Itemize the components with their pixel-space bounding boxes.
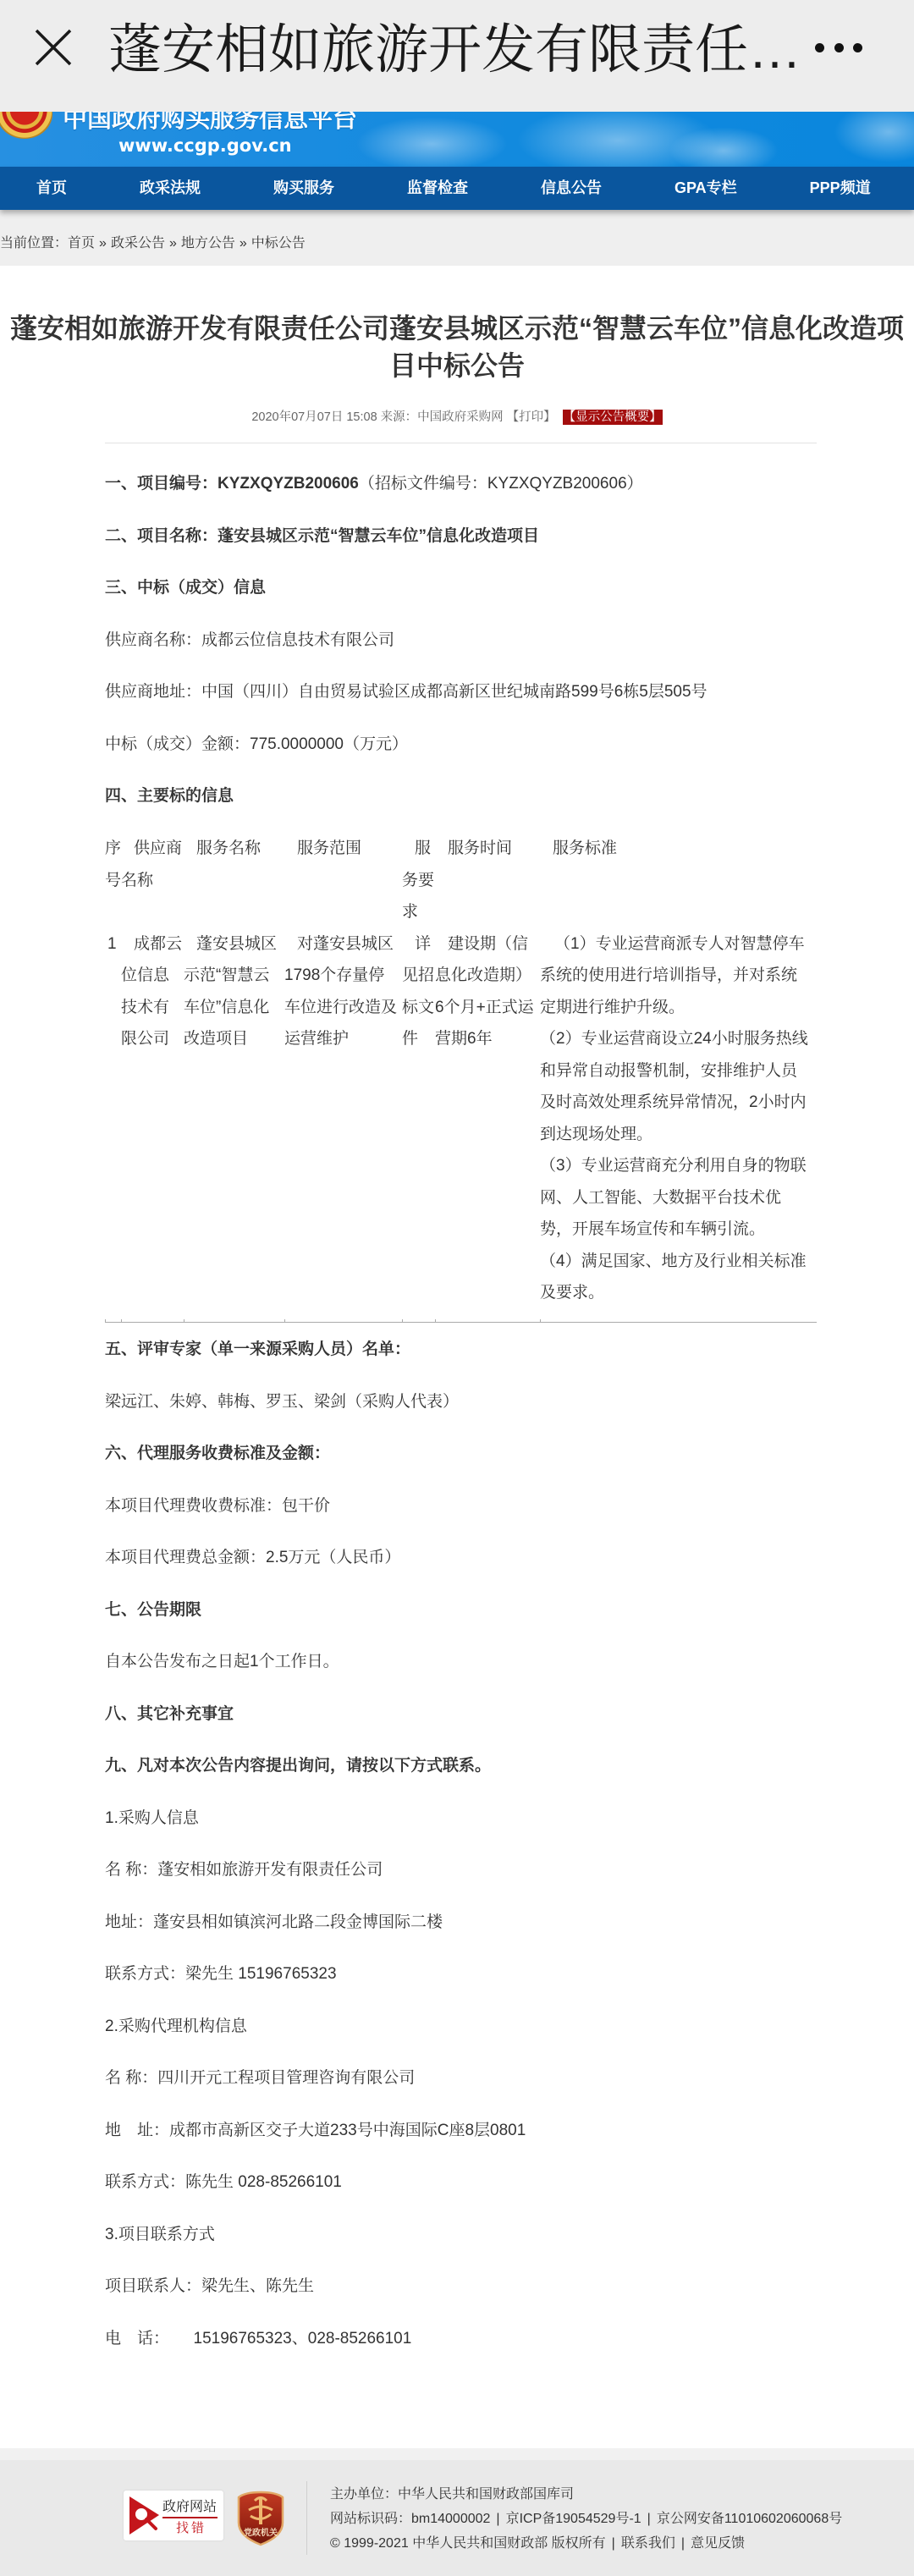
footer-separator: | bbox=[681, 2536, 685, 2551]
police-record-link[interactable]: 京公网安备11010602060068号 bbox=[657, 2512, 842, 2526]
breadcrumb-award-notices[interactable]: 中标公告 bbox=[251, 236, 306, 250]
cell-service-scope: 对蓬安县城区 1798个存量停 车位进行改造及 运营维护 bbox=[284, 928, 402, 1323]
supplier-name-row: 供应商名称：成都云位信息技术有限公司 bbox=[105, 614, 817, 667]
breadcrumb-local-notices[interactable]: 地方公告 bbox=[181, 236, 235, 250]
close-button[interactable] bbox=[34, 28, 73, 67]
agency-address-label: 地 址： bbox=[105, 2122, 169, 2139]
find-error-title: 政府网站 bbox=[162, 2499, 218, 2516]
agency-phone-value: 陈先生 028-85266101 bbox=[185, 2173, 342, 2191]
purchaser-address-label: 地址： bbox=[105, 1913, 153, 1931]
agency-info-title: 2.采购代理机构信息 bbox=[105, 2001, 817, 2053]
agency-fee-total-row: 本项目代理费总金额：2.5万元（人民币） bbox=[105, 1532, 817, 1584]
site-footer: 政府网站 找错 党政机关 主办单位：中华人民共和国财政部国库司 网站标识码：bm… bbox=[0, 2448, 914, 2576]
app-bar-title: 蓬安相如旅游开发有限责任… bbox=[108, 23, 801, 77]
close-icon bbox=[34, 28, 73, 67]
meta-divider bbox=[105, 443, 817, 443]
cell-service-standard: （1）专业运营商派专人对智慧停车 系统的使用进行培训指导，并对系统 定期进行维护… bbox=[540, 928, 817, 1323]
site-banner: 中国政府购买服务信息平台 www.ccgp.gov.cn bbox=[0, 112, 914, 167]
site-url[interactable]: www.ccgp.gov.cn bbox=[118, 136, 292, 155]
sponsor-value: 中华人民共和国财政部国库司 bbox=[398, 2487, 574, 2502]
header-seq-no: 序 号 bbox=[105, 833, 121, 928]
agency-name-value: 四川开元工程项目管理咨询有限公司 bbox=[157, 2069, 415, 2087]
cell-supplier-name: 成都云 位信息 技术有 限公司 bbox=[121, 928, 184, 1323]
site-code: 网站标识码：bm14000002 bbox=[330, 2512, 490, 2526]
agency-name-row: 名 称：四川开元工程项目管理咨询有限公司 bbox=[105, 2052, 817, 2105]
header-supplier-name: 供应商 名称 bbox=[121, 833, 184, 928]
award-amount-value: 775.0000000（万元） bbox=[250, 735, 408, 753]
footer-registration-line: 网站标识码：bm14000002|京ICP备19054529号-1|京公网安备1… bbox=[330, 2507, 842, 2531]
main-nav: 首页 政采法规 购买服务 监督检查 信息公告 GPA专栏 PPP频道 bbox=[0, 167, 914, 210]
cell-service-name: 蓬安县城区 示范“智慧云 车位”信息化 改造项目 bbox=[184, 928, 284, 1323]
agency-address-row: 地 址：成都市高新区交子大道233号中海国际C座8层0801 bbox=[105, 2105, 817, 2157]
agency-fee-standard-value: 包干价 bbox=[282, 1497, 330, 1515]
footer-top-band bbox=[0, 2448, 914, 2460]
section-project-name: 二、项目名称：蓬安县城区示范“智慧云车位”信息化改造项目 bbox=[105, 510, 817, 563]
award-amount-row: 中标（成交）金额：775.0000000（万元） bbox=[105, 718, 817, 771]
breadcrumb-home[interactable]: 首页 bbox=[68, 236, 95, 250]
cell-service-time: 建设期（信 息化改造期） 6个月+正式运 营期6年 bbox=[435, 928, 540, 1323]
project-number-label: 一、项目编号： bbox=[105, 475, 217, 493]
table-row: 1 成都云 位信息 技术有 限公司 蓬安县城区 示范“智慧云 车位”信息化 改造… bbox=[105, 928, 817, 1323]
supplier-address-label: 供应商地址： bbox=[105, 683, 201, 701]
source-name: 中国政府采购网 bbox=[417, 410, 504, 424]
find-error-magnifier-icon bbox=[129, 2496, 162, 2536]
more-icon-dot bbox=[853, 43, 862, 52]
footer-separator: | bbox=[612, 2536, 615, 2551]
footer-copyright-line: © 1999-2021 中华人民共和国财政部 版权所有|联系我们|意见反馈 bbox=[330, 2531, 842, 2556]
purchaser-name-label: 名 称： bbox=[105, 1861, 157, 1879]
cell-seq-no: 1 bbox=[105, 928, 121, 1323]
more-icon-dot bbox=[834, 43, 844, 52]
section-agency-fee-heading: 六、代理服务收费标准及金额： bbox=[105, 1428, 817, 1480]
nav-item-gpa[interactable]: GPA专栏 bbox=[638, 167, 774, 210]
party-badge-label: 党政机关 bbox=[244, 2527, 278, 2538]
article-content: 蓬安相如旅游开发有限责任公司蓬安县城区示范“智慧云车位”信息化改造项 目中标公告… bbox=[0, 266, 914, 2448]
table-header-row: 序 号 供应商 名称 服务名称 服务范围 服 务要 求 服务时间 服务标准 bbox=[105, 833, 817, 928]
agency-fee-total-label: 本项目代理费总金额： bbox=[105, 1549, 266, 1566]
site-name[interactable]: 中国政府购买服务信息平台 bbox=[63, 112, 357, 132]
national-emblem-icon bbox=[0, 112, 52, 139]
supplier-address-row: 供应商地址：中国（四川）自由贸易试验区成都高新区世纪城南路599号6栋5层505… bbox=[105, 666, 817, 718]
print-link[interactable]: 【打印】 bbox=[507, 410, 556, 424]
footer-info: 主办单位：中华人民共和国财政部国库司 网站标识码：bm14000002|京ICP… bbox=[330, 2482, 842, 2556]
agency-name-label: 名 称： bbox=[105, 2069, 157, 2087]
section-project-number: 一、项目编号：KYZXQYZB200606（招标文件编号：KYZXQYZB200… bbox=[105, 458, 817, 510]
project-contacts-row: 项目联系人：梁先生、陈先生 bbox=[105, 2260, 817, 2313]
nav-item-purchase-services[interactable]: 购买服务 bbox=[237, 167, 371, 210]
cloud-decoration bbox=[834, 112, 914, 162]
notice-period-text: 自本公告发布之日起1个工作日。 bbox=[105, 1636, 817, 1688]
agency-fee-standard-label: 本项目代理费收费标准： bbox=[105, 1497, 282, 1515]
more-button[interactable] bbox=[815, 40, 862, 55]
purchaser-phone-row: 联系方式：梁先生 15196765323 bbox=[105, 1948, 817, 2001]
breadcrumb-prefix: 当前位置： bbox=[0, 236, 68, 250]
project-phone-label: 电 话： bbox=[105, 2330, 194, 2348]
header-service-requirements: 服 务要 求 bbox=[402, 833, 435, 928]
purchaser-address-row: 地址：蓬安县相如镇滨河北路二段金博国际二楼 bbox=[105, 1896, 817, 1949]
contact-us-link[interactable]: 联系我们 bbox=[621, 2536, 675, 2551]
section-award-info-heading: 三、中标（成交）信息 bbox=[105, 562, 817, 614]
section-main-items-heading: 四、主要标的信息 bbox=[105, 770, 817, 823]
copyright-text: © 1999-2021 中华人民共和国财政部 版权所有 bbox=[330, 2536, 606, 2551]
source-label: 来源： bbox=[381, 410, 418, 424]
app-bar: 蓬安相如旅游开发有限责任… bbox=[0, 0, 914, 112]
project-phone-row: 电 话： 15196765323、028-85266101 bbox=[105, 2313, 817, 2365]
project-name-value: 蓬安县城区示范“智慧云车位”信息化改造项目 bbox=[217, 527, 539, 545]
more-icon-dot bbox=[815, 43, 824, 52]
section-notice-period-heading: 七、公告期限 bbox=[105, 1584, 817, 1637]
purchaser-phone-value: 梁先生 15196765323 bbox=[185, 1965, 337, 1983]
agency-fee-standard-row: 本项目代理费收费标准：包干价 bbox=[105, 1480, 817, 1533]
project-number-value: KYZXQYZB200606 bbox=[217, 475, 359, 493]
nav-item-announcements[interactable]: 信息公告 bbox=[504, 167, 638, 210]
supplier-name-value: 成都云位信息技术有限公司 bbox=[201, 631, 394, 649]
award-amount-label: 中标（成交）金额： bbox=[105, 735, 250, 753]
main-items-table: 序 号 供应商 名称 服务名称 服务范围 服 务要 求 服务时间 服务标准 1 … bbox=[105, 833, 817, 1323]
footer-separator: | bbox=[647, 2512, 651, 2526]
supplier-address-value: 中国（四川）自由贸易试验区成都高新区世纪城南路599号6栋5层505号 bbox=[201, 683, 708, 701]
project-contacts-label: 项目联系人： bbox=[105, 2277, 201, 2295]
find-error-subtitle: 找错 bbox=[176, 2521, 206, 2536]
nav-item-regulations[interactable]: 政采法规 bbox=[103, 167, 237, 210]
footer-sponsor-line: 主办单位：中华人民共和国财政部国库司 bbox=[330, 2482, 842, 2507]
header-service-name: 服务名称 bbox=[184, 833, 284, 928]
breadcrumb-procurement-notices[interactable]: 政采公告 bbox=[111, 236, 165, 250]
breadcrumb-separator: » bbox=[240, 236, 247, 250]
footer-separator: | bbox=[496, 2512, 499, 2526]
section-experts-heading: 五、评审专家（单一来源采购人员）名单： bbox=[105, 1324, 817, 1376]
project-phone-value: 15196765323、028-85266101 bbox=[194, 2330, 412, 2348]
purchaser-address-value: 蓬安县相如镇滨河北路二段金博国际二楼 bbox=[153, 1913, 443, 1931]
cloud-decoration bbox=[355, 117, 508, 167]
sponsor-label: 主办单位： bbox=[330, 2487, 398, 2502]
nav-item-home[interactable]: 首页 bbox=[0, 167, 103, 210]
find-error-divider bbox=[162, 2517, 217, 2518]
article-body: 一、项目编号：KYZXQYZB200606（招标文件编号：KYZXQYZB200… bbox=[105, 458, 817, 2364]
purchaser-info-title: 1.采购人信息 bbox=[105, 1792, 817, 1845]
agency-address-value: 成都市高新区交子大道233号中海国际C座8层0801 bbox=[169, 2122, 526, 2139]
header-service-scope: 服务范围 bbox=[284, 833, 402, 928]
purchaser-phone-label: 联系方式： bbox=[105, 1965, 185, 1983]
purchaser-name-value: 蓬安相如旅游开发有限责任公司 bbox=[157, 1861, 383, 1879]
header-service-time: 服务时间 bbox=[435, 833, 540, 928]
gov-site-find-error-badge[interactable]: 政府网站 找错 bbox=[124, 2491, 223, 2540]
tender-doc-number-note: （招标文件编号：KYZXQYZB200606） bbox=[359, 475, 643, 493]
nav-item-ppp[interactable]: PPP频道 bbox=[774, 167, 907, 210]
supplier-name-label: 供应商名称： bbox=[105, 631, 201, 649]
project-name-label: 二、项目名称： bbox=[105, 527, 217, 545]
show-summary-button[interactable]: 【显示公告概要】 bbox=[563, 410, 663, 425]
breadcrumb-separator: » bbox=[169, 236, 177, 250]
section-other-matters-heading: 八、其它补充事宜 bbox=[105, 1688, 817, 1741]
nav-item-supervision[interactable]: 监督检查 bbox=[371, 167, 504, 210]
breadcrumb-separator: » bbox=[99, 236, 107, 250]
agency-phone-label: 联系方式： bbox=[105, 2173, 185, 2191]
party-gov-organ-badge-icon[interactable]: 党政机关 bbox=[237, 2491, 284, 2546]
breadcrumb-bar: 当前位置：首页»政采公告»地方公告»中标公告 bbox=[0, 210, 914, 266]
icp-record-link[interactable]: 京ICP备19054529号-1 bbox=[506, 2512, 641, 2526]
project-contacts-value: 梁先生、陈先生 bbox=[201, 2277, 314, 2295]
section-contact-heading: 九、凡对本次公告内容提出询问，请按以下方式联系。 bbox=[105, 1740, 817, 1792]
header-service-standard: 服务标准 bbox=[540, 833, 817, 928]
project-contact-title: 3.项目联系方式 bbox=[105, 2209, 817, 2261]
agency-fee-total-value: 2.5万元（人民币） bbox=[266, 1549, 400, 1566]
cloud-decoration bbox=[669, 127, 779, 167]
experts-names: 梁远江、朱婷、韩梅、罗玉、梁剑（采购人代表） bbox=[105, 1376, 817, 1428]
purchaser-name-row: 名 称：蓬安相如旅游开发有限责任公司 bbox=[105, 1844, 817, 1896]
article-meta: 2020年07月07日 15:08来源：中国政府采购网【打印】【显示公告概要】 bbox=[0, 409, 914, 426]
publish-datetime: 2020年07月07日 15:08 bbox=[251, 410, 377, 424]
cell-service-requirements: 详 见招 标文 件 bbox=[402, 928, 435, 1323]
article-title: 蓬安相如旅游开发有限责任公司蓬安县城区示范“智慧云车位”信息化改造项 目中标公告 bbox=[0, 310, 914, 384]
footer-divider bbox=[306, 2481, 307, 2555]
feedback-link[interactable]: 意见反馈 bbox=[691, 2536, 745, 2551]
agency-phone-row: 联系方式：陈先生 028-85266101 bbox=[105, 2156, 817, 2209]
breadcrumb: 当前位置：首页»政采公告»地方公告»中标公告 bbox=[0, 234, 306, 254]
